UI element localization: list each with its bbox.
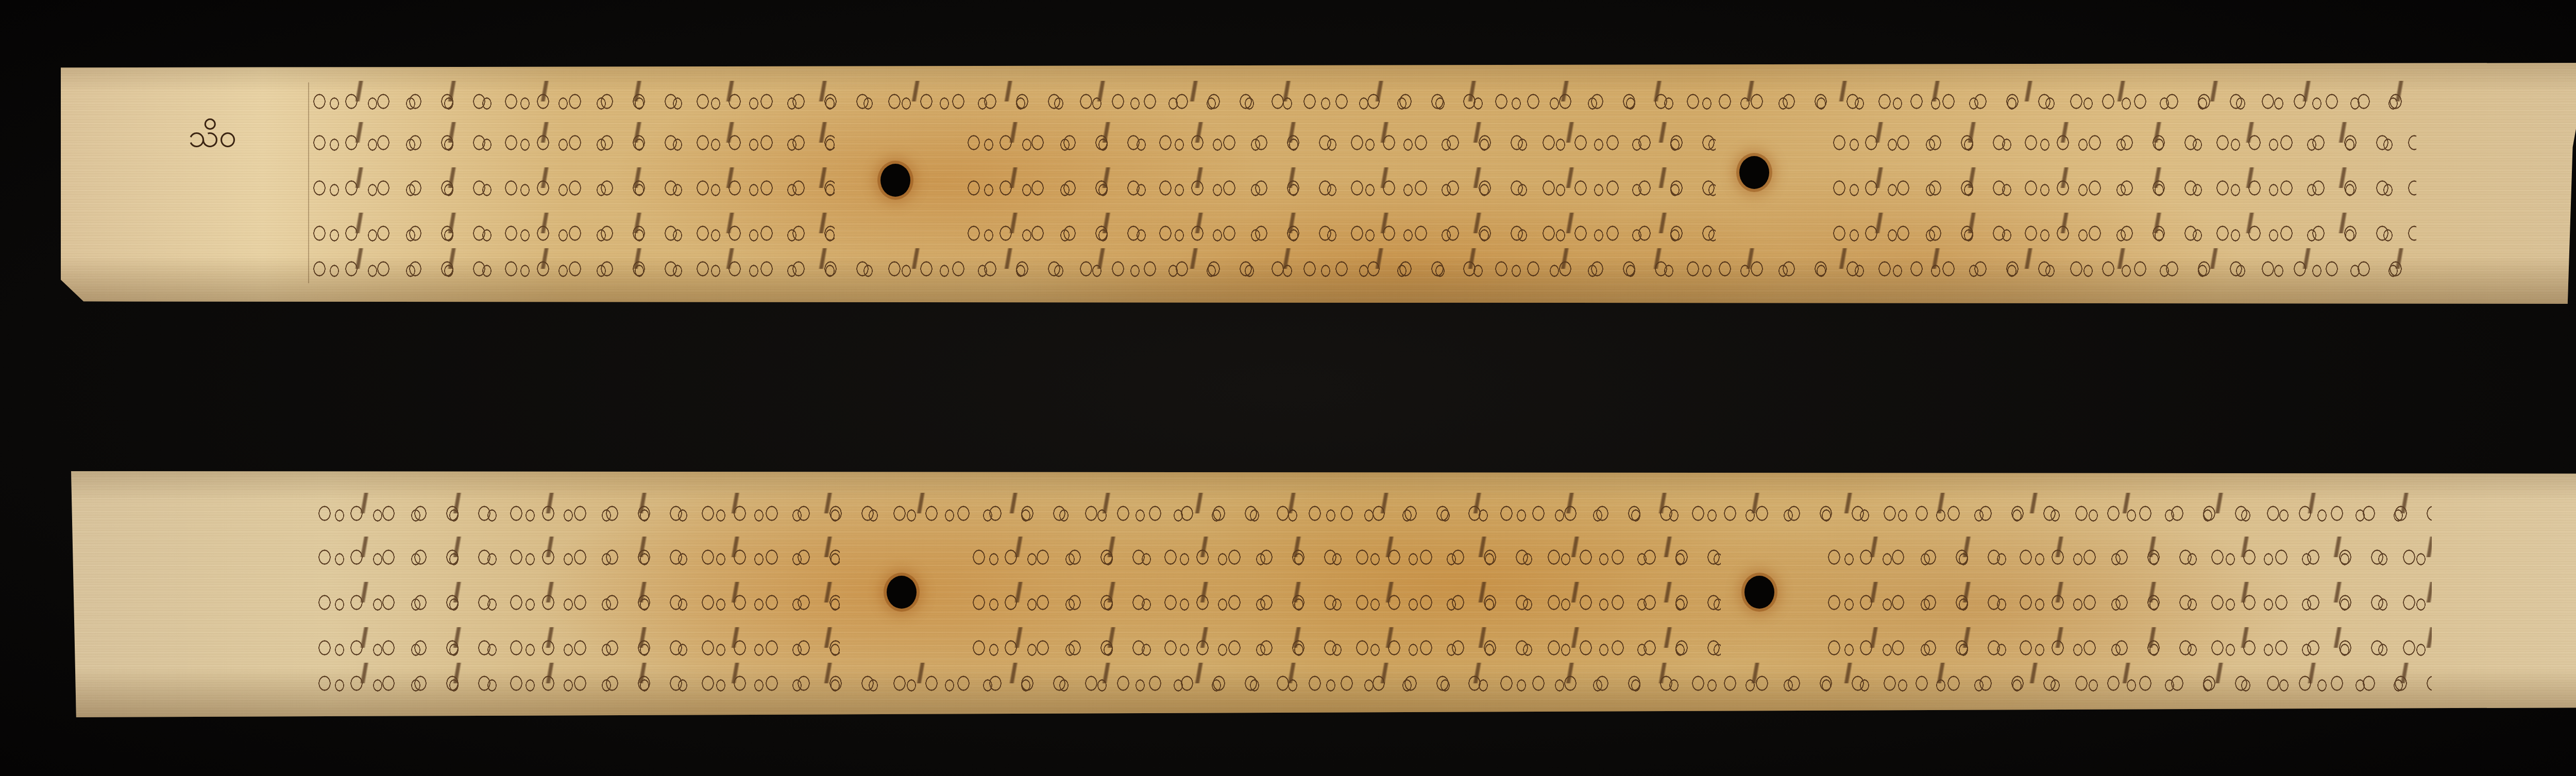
text-line-top-1 <box>309 75 2416 120</box>
string-hole-bottom-right <box>1744 576 1774 609</box>
string-hole-bottom-left <box>887 576 917 609</box>
folio-number: သိ၀ <box>188 116 237 163</box>
text-line-bottom-5 <box>314 657 2432 702</box>
text-line-bottom-1 <box>314 487 2432 532</box>
string-hole-top-left <box>880 164 910 197</box>
text-col-top-center <box>963 116 1716 252</box>
text-line-top-5 <box>309 242 2416 287</box>
text-col-bottom-left <box>314 530 840 666</box>
text-col-top-right <box>1829 116 2416 252</box>
text-col-top-left <box>309 116 835 252</box>
string-hole-top-right <box>1739 156 1769 189</box>
text-col-bottom-right <box>1824 530 2432 666</box>
text-col-bottom-center <box>969 530 1721 666</box>
